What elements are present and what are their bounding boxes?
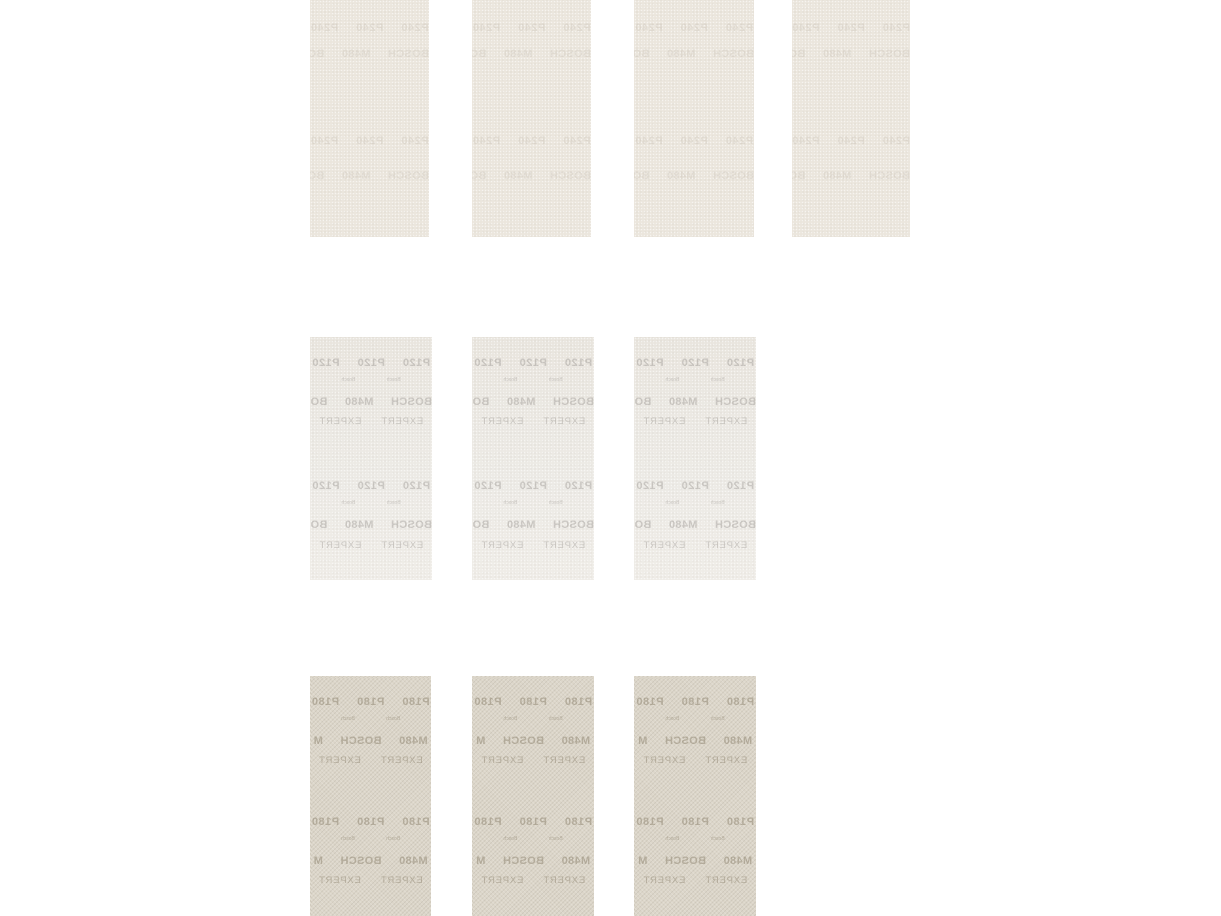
- sanding-sheet-fine-4: P240 P240 P240 BOSCH M480 BOSCH P240 P24…: [792, 0, 910, 237]
- sanding-sheet-p120-3: P120 P120 P120 Bosch Bosch BOSCH M480 BO…: [634, 337, 756, 580]
- sanding-sheet-p180-3: P180 P180 P180 Bosch Bosch M480 BOSCH M …: [634, 676, 756, 916]
- grit-print: P180 P180 P180: [472, 696, 594, 708]
- brand-print: M480 BOSCH M: [310, 855, 431, 867]
- sanding-sheet-p180-2: P180 P180 P180 Bosch Bosch M480 BOSCH M …: [472, 676, 594, 916]
- series-print: EXPERT EXPERT: [472, 540, 594, 551]
- grit-print: P180 P180 P180: [634, 816, 756, 828]
- grit-print: P120 P120 P120: [310, 357, 432, 369]
- grit-print: P240 P240 P240: [310, 22, 429, 34]
- grit-print: P240 P240 P240: [472, 135, 591, 147]
- fine-print: Bosch Bosch: [310, 836, 431, 842]
- series-print: EXPERT EXPERT: [634, 875, 756, 886]
- grit-print: P180 P180 P180: [310, 816, 431, 828]
- grit-print: P180 P180 P180: [472, 816, 594, 828]
- series-print: EXPERT EXPERT: [310, 755, 431, 766]
- sanding-sheet-fine-3: P240 P240 P240 BOSCH M480 BOSCH P240 P24…: [634, 0, 754, 237]
- brand-print: M480 BOSCH M: [634, 855, 756, 867]
- fine-print: Bosch Bosch: [310, 500, 432, 506]
- fine-print: Bosch Bosch: [634, 377, 756, 383]
- brand-print: BOSCH M480 BOSCH: [792, 48, 910, 60]
- brand-print: M480 BOSCH M: [310, 735, 431, 747]
- grit-print: P120 P120 P120: [472, 357, 594, 369]
- brand-print: M480 BOSCH M: [472, 855, 594, 867]
- grit-print: P240 P240 P240: [310, 135, 429, 147]
- series-print: EXPERT EXPERT: [472, 416, 594, 427]
- brand-print: BOSCH M480 BOSCH: [310, 170, 429, 182]
- grit-print: P240 P240 P240: [472, 22, 591, 34]
- sanding-sheet-fine-1: P240 P240 P240 BOSCH M480 BOSCH P240 P24…: [310, 0, 429, 237]
- brand-print: BOSCH M480 BOSCH: [310, 519, 432, 531]
- brand-print: BOSCH M480 BOSCH: [310, 396, 432, 408]
- brand-print: M480 BOSCH M: [472, 735, 594, 747]
- brand-print: BOSCH M480 BOSCH: [634, 396, 756, 408]
- fine-print: Bosch Bosch: [310, 716, 431, 722]
- fine-print: Bosch Bosch: [634, 716, 756, 722]
- brand-print: BOSCH M480 BOSCH: [310, 48, 429, 60]
- fine-print: Bosch Bosch: [634, 500, 756, 506]
- sanding-sheet-p120-2: P120 P120 P120 Bosch Bosch BOSCH M480 BO…: [472, 337, 594, 580]
- grit-print: P240 P240 P240: [634, 135, 754, 147]
- sanding-sheet-p120-1: P120 P120 P120 Bosch Bosch BOSCH M480 BO…: [310, 337, 432, 580]
- series-print: EXPERT EXPERT: [310, 875, 431, 886]
- brand-print: BOSCH M480 BOSCH: [472, 48, 591, 60]
- grit-print: P120 P120 P120: [634, 357, 756, 369]
- series-print: EXPERT EXPERT: [310, 416, 432, 427]
- brand-print: BOSCH M480 BOSCH: [472, 170, 591, 182]
- brand-print: BOSCH M480 BOSCH: [472, 519, 594, 531]
- series-print: EXPERT EXPERT: [634, 755, 756, 766]
- fine-print: Bosch Bosch: [472, 716, 594, 722]
- grit-print: P240 P240 P240: [792, 135, 910, 147]
- series-print: EXPERT EXPERT: [310, 540, 432, 551]
- brand-print: BOSCH M480 BOSCH: [792, 170, 910, 182]
- fine-print: Bosch Bosch: [472, 836, 594, 842]
- grit-print: P120 P120 P120: [634, 480, 756, 492]
- grit-print: P240 P240 P240: [792, 22, 910, 34]
- fine-print: Bosch Bosch: [472, 377, 594, 383]
- grit-print: P120 P120 P120: [472, 480, 594, 492]
- series-print: EXPERT EXPERT: [472, 875, 594, 886]
- fine-print: Bosch Bosch: [310, 377, 432, 383]
- fine-print: Bosch Bosch: [634, 836, 756, 842]
- grit-print: P180 P180 P180: [310, 696, 431, 708]
- series-print: EXPERT EXPERT: [634, 540, 756, 551]
- brand-print: BOSCH M480 BOSCH: [472, 396, 594, 408]
- brand-print: BOSCH M480 BOSCH: [634, 170, 754, 182]
- brand-print: M480 BOSCH M: [634, 735, 756, 747]
- brand-print: BOSCH M480 BOSCH: [634, 519, 756, 531]
- grit-print: P120 P120 P120: [310, 480, 432, 492]
- fine-print: Bosch Bosch: [472, 500, 594, 506]
- series-print: EXPERT EXPERT: [634, 416, 756, 427]
- brand-print: BOSCH M480 BOSCH: [634, 48, 754, 60]
- sanding-sheet-p180-1: P180 P180 P180 Bosch Bosch M480 BOSCH M …: [310, 676, 431, 916]
- series-print: EXPERT EXPERT: [472, 755, 594, 766]
- grit-print: P240 P240 P240: [634, 22, 754, 34]
- sanding-sheet-fine-2: P240 P240 P240 BOSCH M480 BOSCH P240 P24…: [472, 0, 591, 237]
- grit-print: P180 P180 P180: [634, 696, 756, 708]
